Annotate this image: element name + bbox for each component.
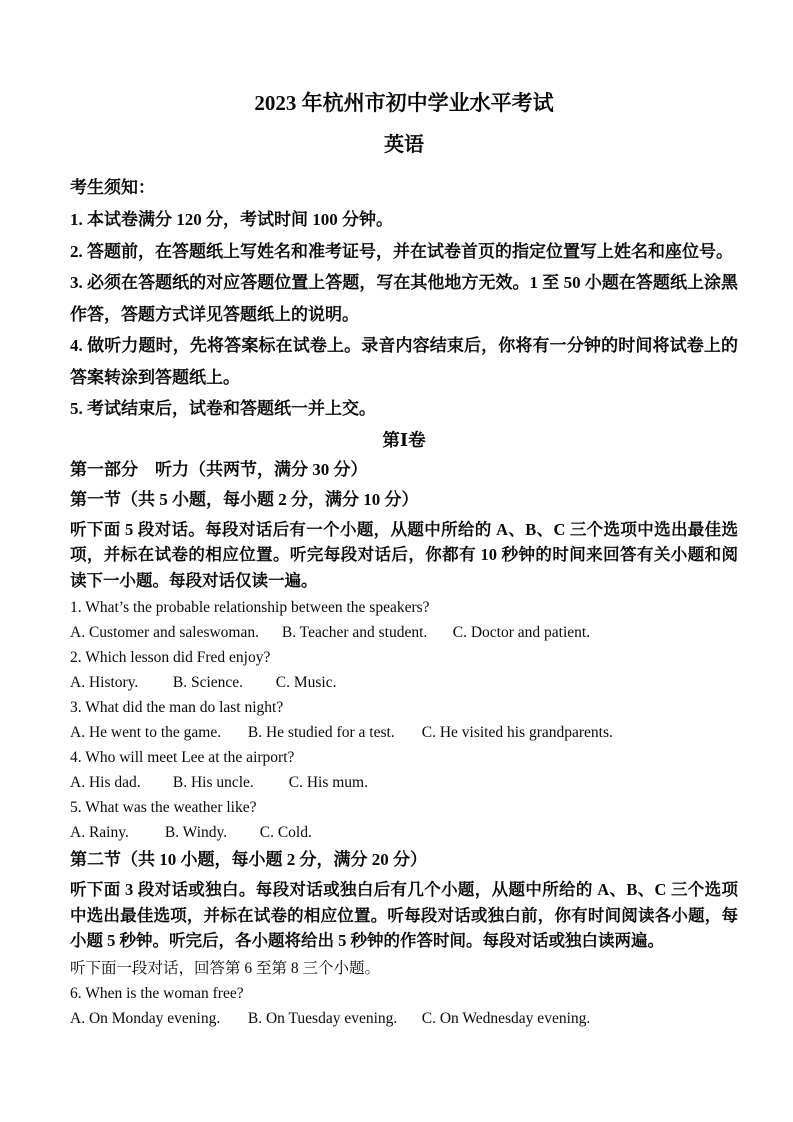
question-options: A. He went to the game. B. He studied fo… — [70, 720, 738, 745]
notice-item-4: 4. 做听力题时，先将答案标在试卷上。录音内容结束后，你将有一分钟的时间将试卷上… — [70, 330, 738, 393]
option-a: A. Customer and saleswoman. — [70, 620, 278, 645]
section1-instructions: 听下面 5 段对话。每段对话后有一个小题，从题中所给的 A、B、C 三个选项中选… — [70, 517, 738, 594]
section2-instructions: 听下面 3 段对话或独白。每段对话或独白后有几个小题，从题中所给的 A、B、C … — [70, 877, 738, 954]
option-b: B. Teacher and student. — [282, 620, 449, 645]
question-block-3: 3. What did the man do last night? A. He… — [70, 695, 738, 745]
volume-title: 第Ⅰ卷 — [70, 425, 738, 455]
option-b: B. On Tuesday evening. — [248, 1006, 418, 1031]
question-options: A. On Monday evening. B. On Tuesday even… — [70, 1006, 738, 1031]
option-b: B. He studied for a test. — [248, 720, 418, 745]
question-options: A. Customer and saleswoman. B. Teacher a… — [70, 620, 738, 645]
option-a: A. His dad. — [70, 770, 169, 795]
option-a: A. History. — [70, 670, 169, 695]
question-block-4: 4. Who will meet Lee at the airport? A. … — [70, 745, 738, 795]
option-c: C. His mum. — [289, 770, 368, 795]
option-c: C. Music. — [276, 670, 337, 695]
dialogue-hint: 听下面一段对话，回答第 6 至第 8 三个小题。 — [70, 956, 738, 981]
question-text: 3. What did the man do last night? — [70, 695, 738, 720]
option-a: A. Rainy. — [70, 820, 161, 845]
option-a: A. On Monday evening. — [70, 1006, 244, 1031]
question-block-2: 2. Which lesson did Fred enjoy? A. Histo… — [70, 645, 738, 695]
question-options: A. History. B. Science. C. Music. — [70, 670, 738, 695]
part1-heading: 第一部分 听力（共两节，满分 30 分） — [70, 455, 738, 485]
option-a: A. He went to the game. — [70, 720, 244, 745]
question-block-6: 6. When is the woman free? A. On Monday … — [70, 981, 738, 1031]
notice-item-2: 2. 答题前，在答题纸上写姓名和准考证号，并在试卷首页的指定位置写上姓名和座位号… — [70, 236, 738, 268]
question-text: 1. What’s the probable relationship betw… — [70, 595, 738, 620]
exam-title: 2023 年杭州市初中学业水平考试 — [70, 88, 738, 118]
notice-header: 考生须知： — [70, 172, 738, 204]
section2-heading: 第二节（共 10 小题，每小题 2 分，满分 20 分） — [70, 845, 738, 875]
notice-item-3: 3. 必须在答题纸的对应答题位置上答题，写在其他地方无效。1 至 50 小题在答… — [70, 267, 738, 330]
section1-heading: 第一节（共 5 小题，每小题 2 分，满分 10 分） — [70, 485, 738, 515]
exam-subject: 英语 — [70, 130, 738, 160]
option-b: B. Windy. — [165, 820, 256, 845]
option-b: B. His uncle. — [173, 770, 285, 795]
option-c: C. Cold. — [260, 820, 312, 845]
question-text: 2. Which lesson did Fred enjoy? — [70, 645, 738, 670]
question-options: A. Rainy. B. Windy. C. Cold. — [70, 820, 738, 845]
option-c: C. He visited his grandparents. — [422, 720, 613, 745]
question-text: 6. When is the woman free? — [70, 981, 738, 1006]
question-block-1: 1. What’s the probable relationship betw… — [70, 595, 738, 645]
question-options: A. His dad. B. His uncle. C. His mum. — [70, 770, 738, 795]
option-b: B. Science. — [173, 670, 272, 695]
question-text: 5. What was the weather like? — [70, 795, 738, 820]
exam-paper-page: 2023 年杭州市初中学业水平考试 英语 考生须知： 1. 本试卷满分 120 … — [0, 0, 793, 1122]
question-text: 4. Who will meet Lee at the airport? — [70, 745, 738, 770]
notice-item-1: 1. 本试卷满分 120 分，考试时间 100 分钟。 — [70, 204, 738, 236]
option-c: C. On Wednesday evening. — [422, 1006, 591, 1031]
option-c: C. Doctor and patient. — [453, 620, 590, 645]
notice-item-5: 5. 考试结束后，试卷和答题纸一并上交。 — [70, 393, 738, 425]
question-block-5: 5. What was the weather like? A. Rainy. … — [70, 795, 738, 845]
